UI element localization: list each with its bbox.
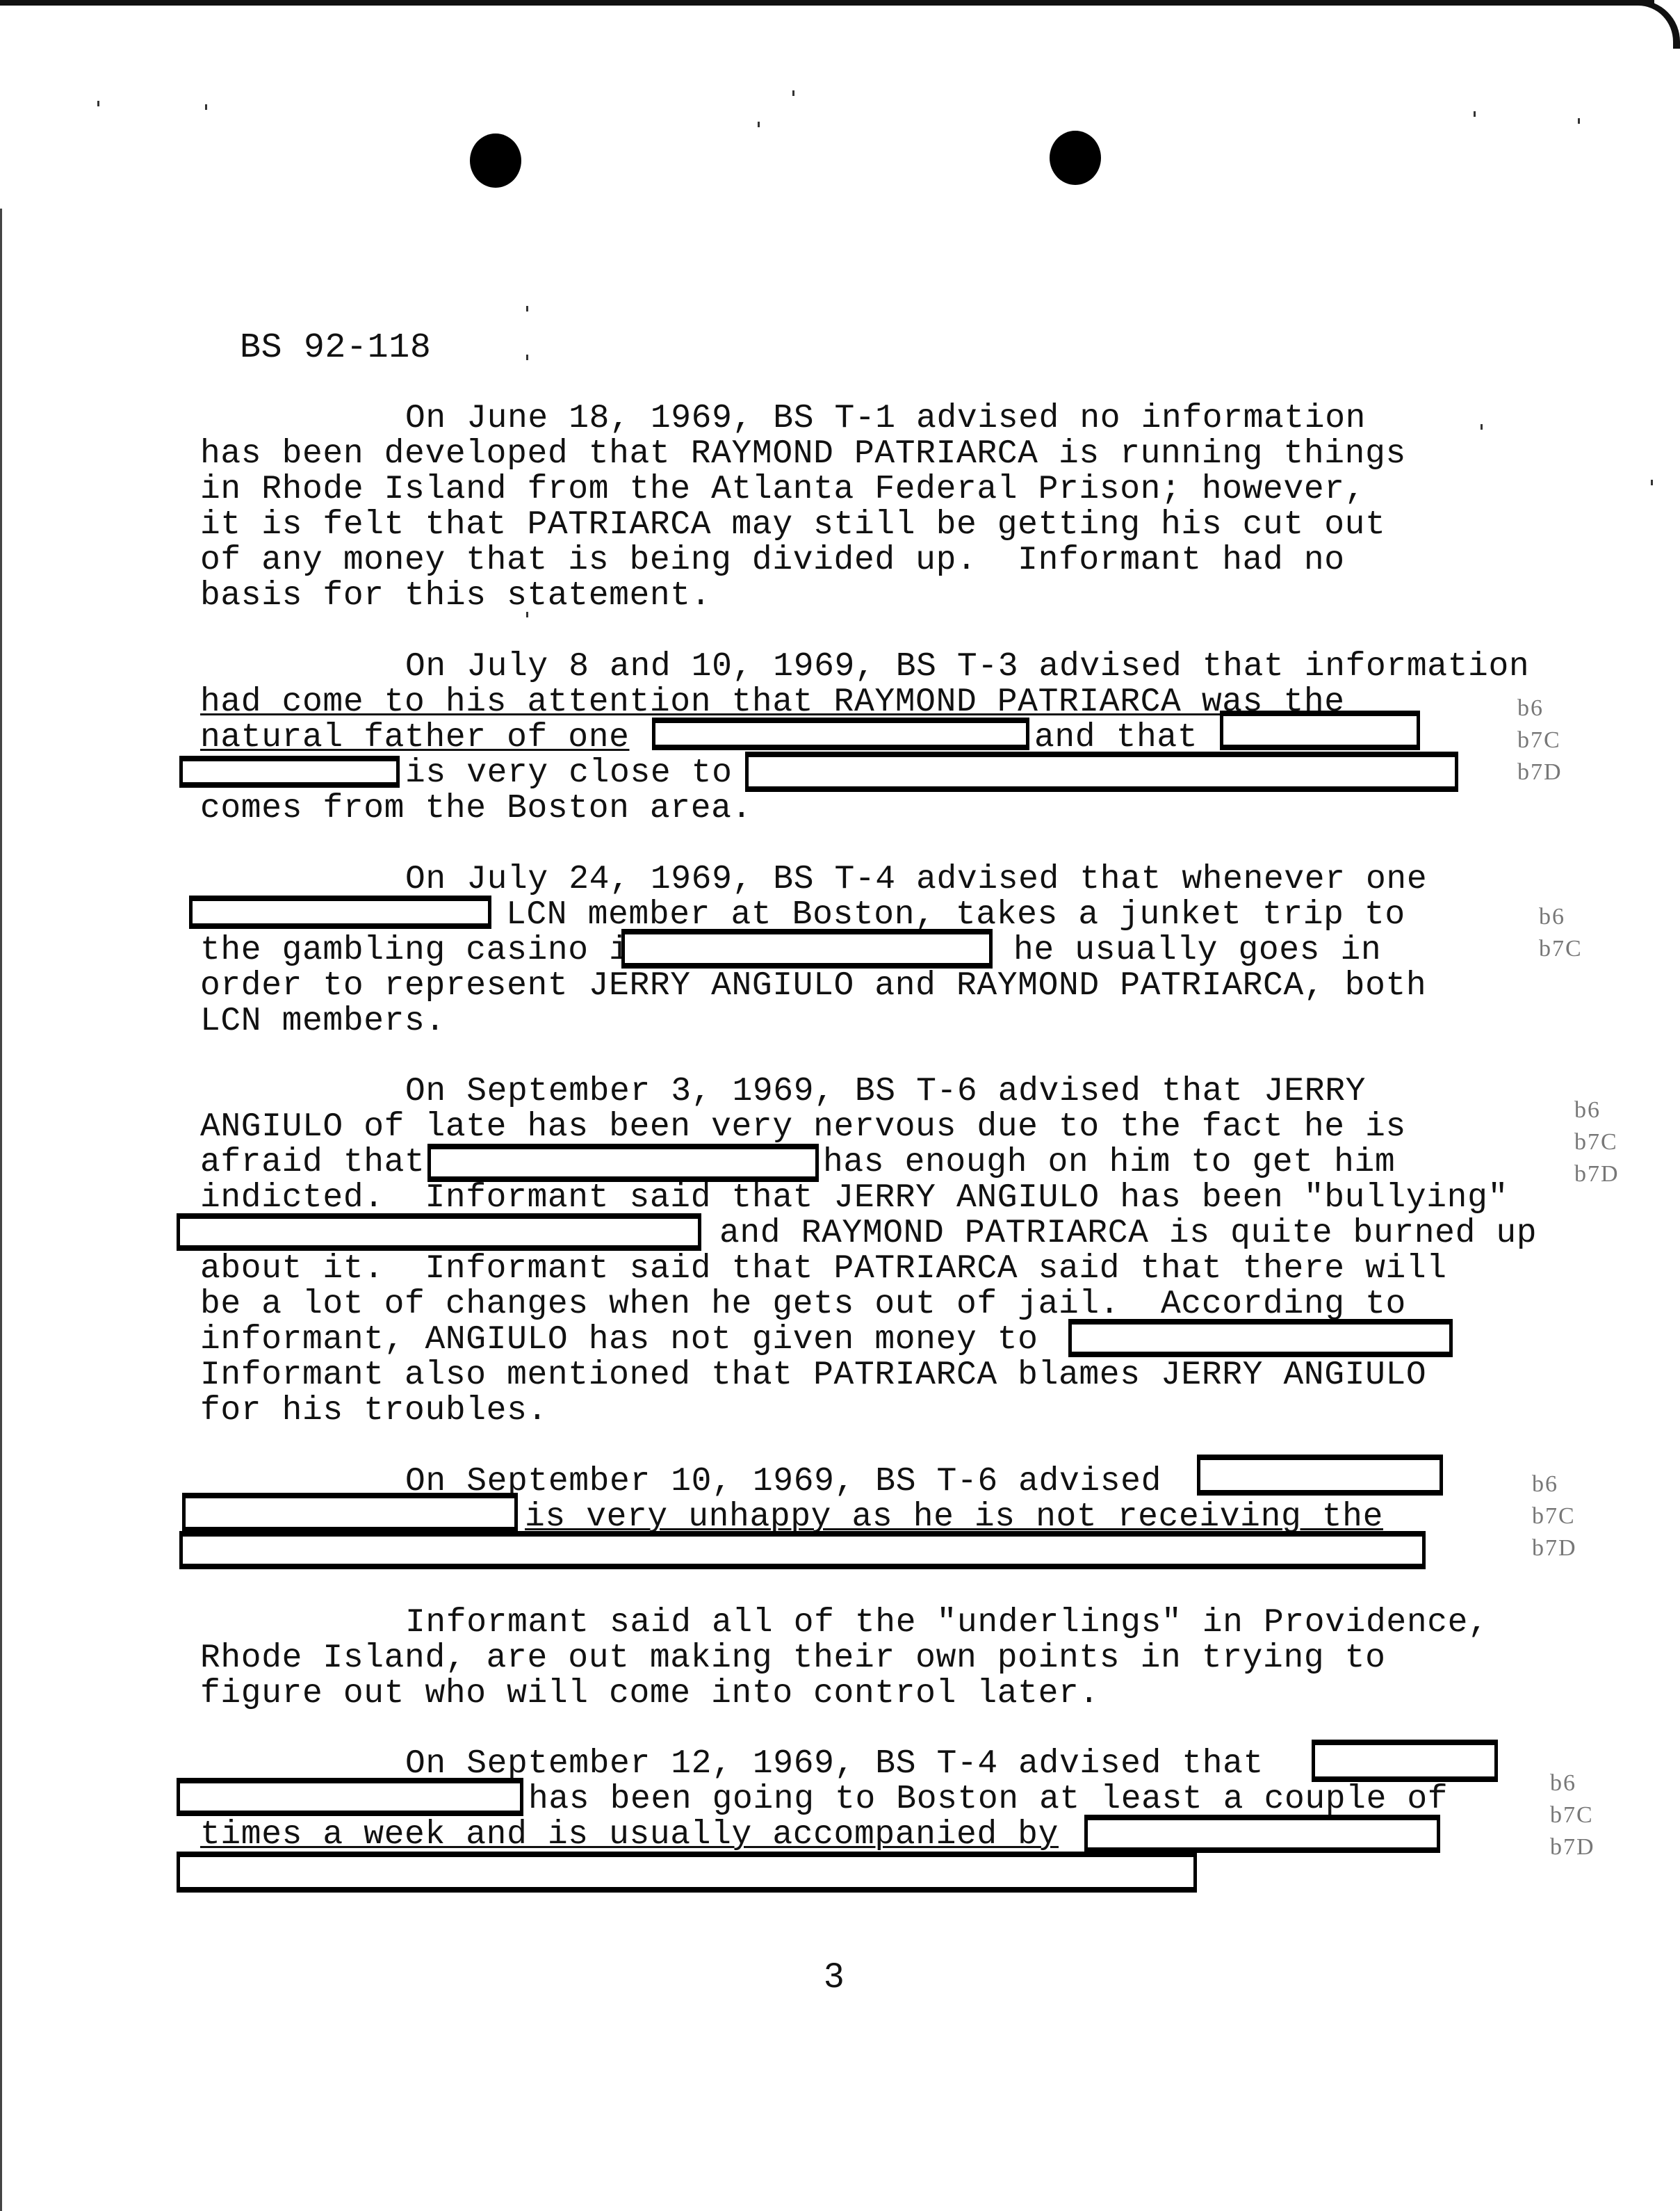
document-page: BS 92-118 On June 18, 1969, BS T-1 advis… bbox=[0, 0, 1680, 2211]
p1-line-2: has been developed that RAYMOND PATRIARC… bbox=[200, 437, 1406, 471]
p4-line-3a: afraid that bbox=[200, 1145, 425, 1180]
exemption-code: b7D bbox=[1517, 759, 1563, 786]
redaction-box bbox=[177, 1852, 1197, 1893]
p6-line-1: Informant said all of the "underlings" i… bbox=[405, 1605, 1488, 1640]
file-number: BS 92-118 bbox=[240, 331, 431, 366]
p7-line-1: On September 12, 1969, BS T-4 advised th… bbox=[405, 1747, 1264, 1781]
exemption-code: b6 bbox=[1539, 904, 1565, 930]
exemption-code: b7C bbox=[1532, 1503, 1576, 1530]
redaction-box bbox=[427, 1144, 819, 1182]
p2-line-3a: natural father of one bbox=[200, 720, 630, 755]
p1-line-3: in Rhode Island from the Atlanta Federal… bbox=[200, 472, 1365, 507]
p3-line-4: order to represent JERRY ANGIULO and RAY… bbox=[200, 969, 1426, 1003]
p2-line-5: comes from the Boston area. bbox=[200, 791, 752, 826]
exemption-code: b6 bbox=[1550, 1770, 1576, 1797]
redaction-box bbox=[1220, 711, 1420, 750]
p3-line-3b: he usually goes in bbox=[1013, 933, 1381, 968]
p1-line-4: it is felt that PATRIARCA may still be g… bbox=[200, 508, 1385, 542]
redaction-box bbox=[745, 752, 1458, 792]
p4-line-7: be a lot of changes when he gets out of … bbox=[200, 1287, 1406, 1322]
exemption-code: b7D bbox=[1574, 1161, 1620, 1188]
p1-line-1: On June 18, 1969, BS T-1 advised no info… bbox=[405, 401, 1366, 436]
page-edge-left bbox=[0, 209, 2, 2211]
exemption-code: b7C bbox=[1550, 1802, 1594, 1829]
page-edge-top bbox=[0, 0, 1654, 6]
p7-line-2: has been going to Boston at least a coup… bbox=[528, 1782, 1448, 1817]
redaction-box bbox=[189, 896, 491, 929]
exemption-code: b7C bbox=[1517, 727, 1561, 754]
redaction-box bbox=[1197, 1455, 1443, 1496]
scan-speck bbox=[1481, 424, 1483, 430]
punch-hole-left bbox=[470, 133, 521, 188]
scan-speck bbox=[526, 306, 528, 311]
exemption-code: b6 bbox=[1517, 695, 1544, 722]
p4-line-8: informant, ANGIULO has not given money t… bbox=[200, 1322, 1038, 1357]
p1-line-5: of any money that is being divided up. I… bbox=[200, 543, 1345, 578]
p4-line-5: and RAYMOND PATRIARCA is quite burned up bbox=[719, 1216, 1537, 1251]
scan-speck bbox=[758, 122, 760, 127]
redaction-box bbox=[177, 1213, 701, 1251]
redaction-box bbox=[1068, 1319, 1453, 1357]
p6-line-3: figure out who will come into control la… bbox=[200, 1676, 1100, 1711]
redaction-box bbox=[179, 756, 400, 788]
p3-line-1: On July 24, 1969, BS T-4 advised that wh… bbox=[405, 862, 1427, 897]
p4-line-3b: has enough on him to get him bbox=[823, 1145, 1395, 1180]
redaction-box bbox=[182, 1493, 518, 1532]
exemption-code: b7C bbox=[1574, 1129, 1618, 1156]
punch-hole-right bbox=[1050, 131, 1101, 185]
p3-line-3a: the gambling casino in bbox=[200, 933, 650, 968]
exemption-code: b7D bbox=[1550, 1834, 1595, 1861]
p3-line-2: LCN member at Boston, takes a junket tri… bbox=[506, 898, 1405, 932]
scan-speck bbox=[1474, 111, 1476, 117]
exemption-code: b7C bbox=[1539, 936, 1583, 962]
redaction-box bbox=[1312, 1740, 1498, 1782]
p3-line-5: LCN members. bbox=[200, 1004, 446, 1039]
exemption-code: b6 bbox=[1532, 1471, 1558, 1498]
page-corner bbox=[1631, 0, 1680, 49]
exemption-code: b7D bbox=[1532, 1535, 1577, 1562]
p6-line-2: Rhode Island, are out making their own p… bbox=[200, 1641, 1385, 1676]
p4-line-10: for his troubles. bbox=[200, 1393, 548, 1428]
redaction-box bbox=[1084, 1815, 1440, 1853]
redaction-box bbox=[652, 718, 1029, 750]
p2-line-4: is very close to bbox=[405, 756, 732, 791]
p2-line-1: On July 8 and 10, 1969, BS T-3 advised t… bbox=[405, 649, 1529, 684]
p4-line-9: Informant also mentioned that PATRIARCA … bbox=[200, 1358, 1426, 1393]
redaction-box bbox=[179, 1531, 1426, 1569]
scan-speck bbox=[97, 101, 99, 106]
scan-speck bbox=[205, 104, 207, 110]
p5-line-1: On September 10, 1969, BS T-6 advised bbox=[405, 1464, 1161, 1499]
scan-speck bbox=[792, 90, 794, 96]
redaction-box bbox=[621, 929, 993, 969]
p4-line-6: about it. Informant said that PATRIARCA … bbox=[200, 1252, 1447, 1286]
p4-line-2: ANGIULO of late has been very nervous du… bbox=[200, 1110, 1406, 1144]
scan-speck bbox=[526, 355, 528, 360]
p2-line-2: had come to his attention that RAYMOND P… bbox=[200, 685, 1345, 720]
p4-line-4: indicted. Informant said that JERRY ANGI… bbox=[200, 1181, 1508, 1215]
p7-line-3: times a week and is usually accompanied … bbox=[200, 1817, 1059, 1852]
page-number: 3 bbox=[824, 1955, 844, 1995]
p2-line-3b: and that bbox=[1034, 720, 1198, 755]
p4-line-1: On September 3, 1969, BS T-6 advised tha… bbox=[405, 1074, 1366, 1109]
p5-line-2: is very unhappy as he is not receiving t… bbox=[525, 1500, 1383, 1534]
exemption-code: b6 bbox=[1574, 1097, 1601, 1124]
scan-speck bbox=[1651, 480, 1653, 485]
scan-speck bbox=[1578, 118, 1580, 124]
p1-line-6: basis for this statement. bbox=[200, 578, 711, 613]
redaction-box bbox=[177, 1778, 523, 1816]
